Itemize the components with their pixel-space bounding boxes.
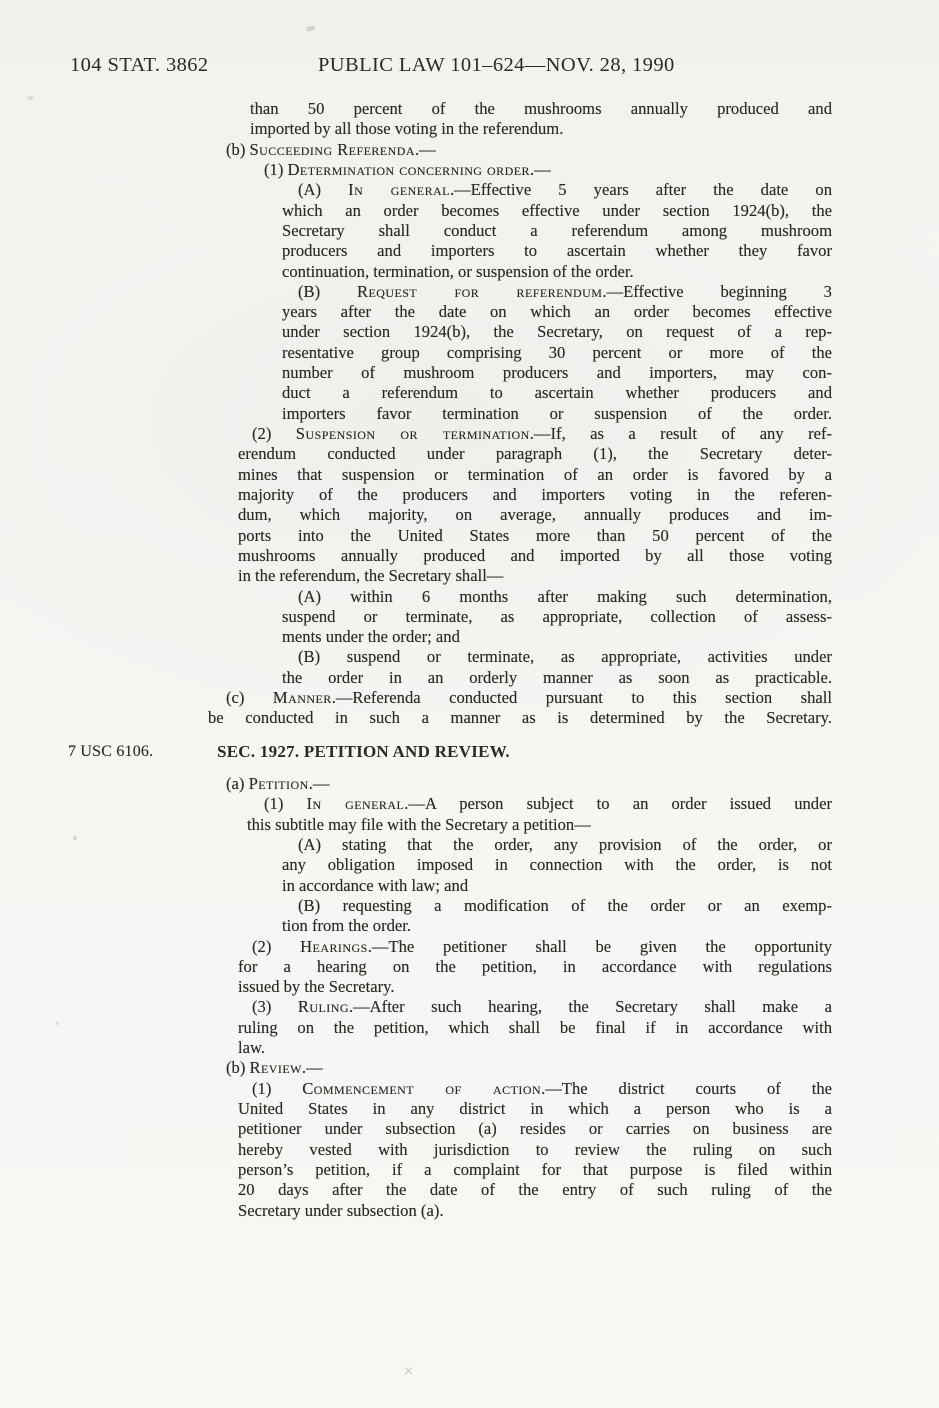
text-line: number of mushroom producers and importe… bbox=[208, 363, 832, 383]
section-heading: SEC. 1927. PETITION AND REVIEW. bbox=[217, 742, 510, 762]
text-run: (A) bbox=[298, 180, 348, 199]
text-run: (2) bbox=[252, 937, 300, 956]
text-run: .—If, as a result of any ref- bbox=[530, 424, 832, 443]
text-line: majority of the producers and importers … bbox=[208, 485, 832, 505]
text-run: ments under the order; and bbox=[282, 627, 460, 646]
text-run: than 50 percent of the mushrooms annuall… bbox=[250, 99, 832, 118]
section-heading-row: 7 USC 6106. SEC. 1927. PETITION AND REVI… bbox=[0, 742, 939, 764]
text-run: .—A person subject to an order issued un… bbox=[404, 794, 832, 813]
text-line: ports into the United States more than 5… bbox=[208, 526, 832, 546]
text-line: than 50 percent of the mushrooms annuall… bbox=[208, 99, 832, 119]
text-run: .—Effective beginning 3 bbox=[602, 282, 832, 301]
text-line: in the referendum, the Secretary shall— bbox=[208, 566, 832, 586]
text-line: (b) Review.— bbox=[208, 1058, 832, 1078]
text-run: imported by all those voting in the refe… bbox=[250, 119, 563, 138]
text-line: for a hearing on the petition, in accord… bbox=[208, 957, 832, 977]
text-run: (B) requesting a modification of the ord… bbox=[298, 896, 832, 915]
text-line: United States in any district in which a… bbox=[208, 1099, 832, 1119]
text-run: United States in any district in which a… bbox=[238, 1099, 832, 1118]
small-caps-run: Review bbox=[250, 1058, 302, 1077]
text-line: (2) Suspension or termination.—If, as a … bbox=[208, 424, 832, 444]
text-run: .—After such hearing, the Secretary shal… bbox=[349, 997, 832, 1016]
text-run: duct a referendum to ascertain whether p… bbox=[282, 383, 832, 402]
small-caps-run: Hearings bbox=[300, 937, 368, 956]
text-line: (A) stating that the order, any provisio… bbox=[208, 835, 832, 855]
running-header: 104 STAT. 3862 PUBLIC LAW 101–624—NOV. 2… bbox=[0, 54, 939, 82]
small-caps-run: In general bbox=[306, 794, 404, 813]
text-run: under section 1924(b), the Secretary, on… bbox=[282, 322, 832, 341]
text-line: (2) Hearings.—The petitioner shall be gi… bbox=[208, 937, 832, 957]
text-line: Secretary under subsection (a). bbox=[208, 1201, 832, 1221]
small-caps-run: Determination concerning order bbox=[288, 160, 530, 179]
text-run: ruling on the petition, which shall be f… bbox=[238, 1018, 832, 1037]
text-line: (1) In general.—A person subject to an o… bbox=[208, 794, 832, 814]
text-line: 20 days after the date of the entry of s… bbox=[208, 1180, 832, 1200]
text-run: .—The petitioner shall be given the oppo… bbox=[368, 937, 832, 956]
text-run: producers and importers to ascertain whe… bbox=[282, 241, 832, 260]
text-run: .—Referenda conducted pursuant to this s… bbox=[332, 688, 832, 707]
text-line: person’s petition, if a complaint for th… bbox=[208, 1160, 832, 1180]
text-run: hereby vested with jurisdiction to revie… bbox=[238, 1140, 832, 1159]
text-line: under section 1924(b), the Secretary, on… bbox=[208, 322, 832, 342]
text-run: .— bbox=[309, 774, 330, 793]
text-line: (1) Determination concerning order.— bbox=[208, 160, 832, 180]
text-line: (c) Manner.—Referenda conducted pursuant… bbox=[208, 688, 832, 708]
text-line: years after the date on which an order b… bbox=[208, 302, 832, 322]
text-line: ments under the order; and bbox=[208, 627, 832, 647]
text-run: continuation, termination, or suspension… bbox=[282, 262, 634, 281]
text-run: person’s petition, if a complaint for th… bbox=[238, 1160, 832, 1179]
text-run: (b) bbox=[226, 140, 250, 159]
text-run: (B) suspend or terminate, as appropriate… bbox=[298, 647, 832, 666]
text-line: importers favor termination or suspensio… bbox=[208, 404, 832, 424]
text-line: Secretary shall conduct a referendum amo… bbox=[208, 221, 832, 241]
text-run: importers favor termination or suspensio… bbox=[282, 404, 832, 423]
text-line: this subtitle may file with the Secretar… bbox=[208, 815, 832, 835]
text-run: in the referendum, the Secretary shall— bbox=[238, 566, 503, 585]
text-line: erendum conducted under paragraph (1), t… bbox=[208, 444, 832, 464]
small-caps-run: Request for referendum bbox=[357, 282, 602, 301]
text-line: mushrooms annually produced and imported… bbox=[208, 546, 832, 566]
text-run: in accordance with law; and bbox=[282, 876, 468, 895]
text-run: (1) bbox=[252, 1079, 302, 1098]
text-run: mines that suspension or termination of … bbox=[238, 465, 832, 484]
text-run: this subtitle may file with the Secretar… bbox=[247, 815, 591, 834]
text-line: which an order becomes effective under s… bbox=[208, 201, 832, 221]
scan-speck bbox=[305, 25, 315, 33]
text-run: (B) bbox=[298, 282, 357, 301]
text-run: (3) bbox=[252, 997, 298, 1016]
text-run: dum, which majority, on average, annuall… bbox=[238, 505, 832, 524]
text-line: resentative group comprising 30 percent … bbox=[208, 343, 832, 363]
text-line: continuation, termination, or suspension… bbox=[208, 262, 832, 282]
text-run: 20 days after the date of the entry of s… bbox=[238, 1180, 832, 1199]
text-run: petitioner under subsection (a) resides … bbox=[238, 1119, 832, 1138]
public-law-title: PUBLIC LAW 101–624—NOV. 28, 1990 bbox=[318, 54, 675, 77]
text-run: law. bbox=[238, 1038, 265, 1057]
text-run: (c) bbox=[226, 688, 273, 707]
small-caps-run: Manner bbox=[273, 688, 332, 707]
text-run: which an order becomes effective under s… bbox=[282, 201, 832, 220]
text-run: issued by the Secretary. bbox=[238, 977, 395, 996]
text-run: (b) bbox=[226, 1058, 250, 1077]
text-run: years after the date on which an order b… bbox=[282, 302, 832, 321]
text-run: Secretary under subsection (a). bbox=[238, 1201, 444, 1220]
text-run: .— bbox=[530, 160, 551, 179]
text-line: hereby vested with jurisdiction to revie… bbox=[208, 1140, 832, 1160]
text-run: (A) stating that the order, any provisio… bbox=[298, 835, 832, 854]
text-line: producers and importers to ascertain whe… bbox=[208, 241, 832, 261]
text-line: (B) requesting a modification of the ord… bbox=[208, 896, 832, 916]
text-run: tion from the order. bbox=[282, 916, 411, 935]
small-caps-run: Ruling bbox=[298, 997, 349, 1016]
scan-mark: × bbox=[403, 1364, 414, 1379]
text-run: the order in an orderly manner as soon a… bbox=[282, 668, 832, 687]
text-line: law. bbox=[208, 1038, 832, 1058]
text-run: (1) bbox=[264, 160, 288, 179]
text-run: any obligation imposed in connection wit… bbox=[282, 855, 832, 874]
text-line: dum, which majority, on average, annuall… bbox=[208, 505, 832, 525]
text-run: .—The district courts of the bbox=[541, 1079, 832, 1098]
text-line: mines that suspension or termination of … bbox=[208, 465, 832, 485]
small-caps-run: Commencement of action bbox=[302, 1079, 541, 1098]
text-line: imported by all those voting in the refe… bbox=[208, 119, 832, 139]
text-line: (B) Request for referendum.—Effective be… bbox=[208, 282, 832, 302]
text-line: ruling on the petition, which shall be f… bbox=[208, 1018, 832, 1038]
small-caps-run: Succeeding Referenda bbox=[250, 140, 415, 159]
text-line: (3) Ruling.—After such hearing, the Secr… bbox=[208, 997, 832, 1017]
text-run: (1) bbox=[264, 794, 306, 813]
text-line: (B) suspend or terminate, as appropriate… bbox=[208, 647, 832, 667]
text-run: resentative group comprising 30 percent … bbox=[282, 343, 832, 362]
text-line: suspend or terminate, as appropriate, co… bbox=[208, 607, 832, 627]
text-run: majority of the producers and importers … bbox=[238, 485, 832, 504]
stat-page-number: 104 STAT. 3862 bbox=[70, 54, 209, 77]
text-line: (A) In general.—Effective 5 years after … bbox=[208, 180, 832, 200]
small-caps-run: In general bbox=[348, 180, 450, 199]
text-run: for a hearing on the petition, in accord… bbox=[238, 957, 832, 976]
text-run: Secretary shall conduct a referendum amo… bbox=[282, 221, 832, 240]
text-line: (1) Commencement of action.—The district… bbox=[208, 1079, 832, 1099]
text-run: number of mushroom producers and importe… bbox=[282, 363, 832, 382]
text-line: petitioner under subsection (a) resides … bbox=[208, 1119, 832, 1139]
small-caps-run: Petition bbox=[249, 774, 309, 793]
text-line: (a) Petition.— bbox=[208, 774, 832, 794]
text-run: (A) within 6 months after making such de… bbox=[298, 587, 832, 606]
scan-speck bbox=[73, 836, 77, 840]
text-line: be conducted in such a manner as is dete… bbox=[208, 708, 832, 728]
body-text-lower: (a) Petition.—(1) In general.—A person s… bbox=[208, 774, 832, 1221]
text-run: .—Effective 5 years after the date on bbox=[450, 180, 832, 199]
text-run: mushrooms annually produced and imported… bbox=[238, 546, 832, 565]
text-run: .— bbox=[302, 1058, 323, 1077]
text-line: the order in an orderly manner as soon a… bbox=[208, 668, 832, 688]
text-run: suspend or terminate, as appropriate, co… bbox=[282, 607, 832, 626]
text-run: erendum conducted under paragraph (1), t… bbox=[238, 444, 832, 463]
body-text-upper: than 50 percent of the mushrooms annuall… bbox=[208, 99, 832, 729]
scan-speck bbox=[55, 1022, 59, 1025]
text-run: (2) bbox=[252, 424, 296, 443]
text-line: duct a referendum to ascertain whether p… bbox=[208, 383, 832, 403]
small-caps-run: Suspension or termination bbox=[296, 424, 530, 443]
text-line: tion from the order. bbox=[208, 916, 832, 936]
statute-page-scan: 104 STAT. 3862 PUBLIC LAW 101–624—NOV. 2… bbox=[0, 0, 939, 1408]
scan-speck bbox=[27, 96, 34, 100]
text-line: any obligation imposed in connection wit… bbox=[208, 855, 832, 875]
text-run: be conducted in such a manner as is dete… bbox=[208, 708, 832, 727]
text-line: (b) Succeeding Referenda.— bbox=[208, 140, 832, 160]
text-line: (A) within 6 months after making such de… bbox=[208, 587, 832, 607]
text-run: (a) bbox=[226, 774, 249, 793]
text-run: ports into the United States more than 5… bbox=[238, 526, 832, 545]
usc-citation-margin-note: 7 USC 6106. bbox=[68, 743, 153, 761]
text-line: issued by the Secretary. bbox=[208, 977, 832, 997]
text-line: in accordance with law; and bbox=[208, 876, 832, 896]
text-run: .— bbox=[415, 140, 436, 159]
